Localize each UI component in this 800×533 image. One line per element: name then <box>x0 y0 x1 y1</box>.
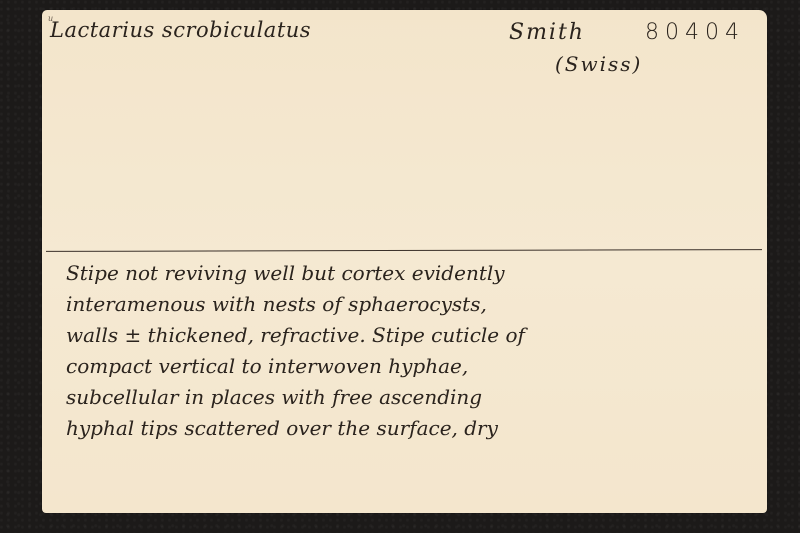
notes-line: compact vertical to interwoven hyphae, <box>66 351 766 382</box>
notes-line: walls ± thickened, refractive. Stipe cut… <box>66 320 766 351</box>
collector-name: Smith <box>509 20 585 45</box>
specimen-card: u Lactarius scrobiculatus Smith 80404 (S… <box>42 10 767 513</box>
collection-number: 80404 <box>645 20 745 45</box>
locality: (Swiss) <box>555 52 642 76</box>
notes-line: hyphal tips scattered over the surface, … <box>66 413 766 444</box>
notes-line: subcellular in places with free ascendin… <box>66 382 766 413</box>
description-notes: Stipe not reviving well but cortex evide… <box>66 258 766 444</box>
notes-line: Stipe not reviving well but cortex evide… <box>66 258 766 289</box>
divider-line <box>46 249 762 252</box>
species-name: Lactarius scrobiculatus <box>50 18 311 42</box>
notes-line: interamenous with nests of sphaerocysts, <box>66 289 766 320</box>
